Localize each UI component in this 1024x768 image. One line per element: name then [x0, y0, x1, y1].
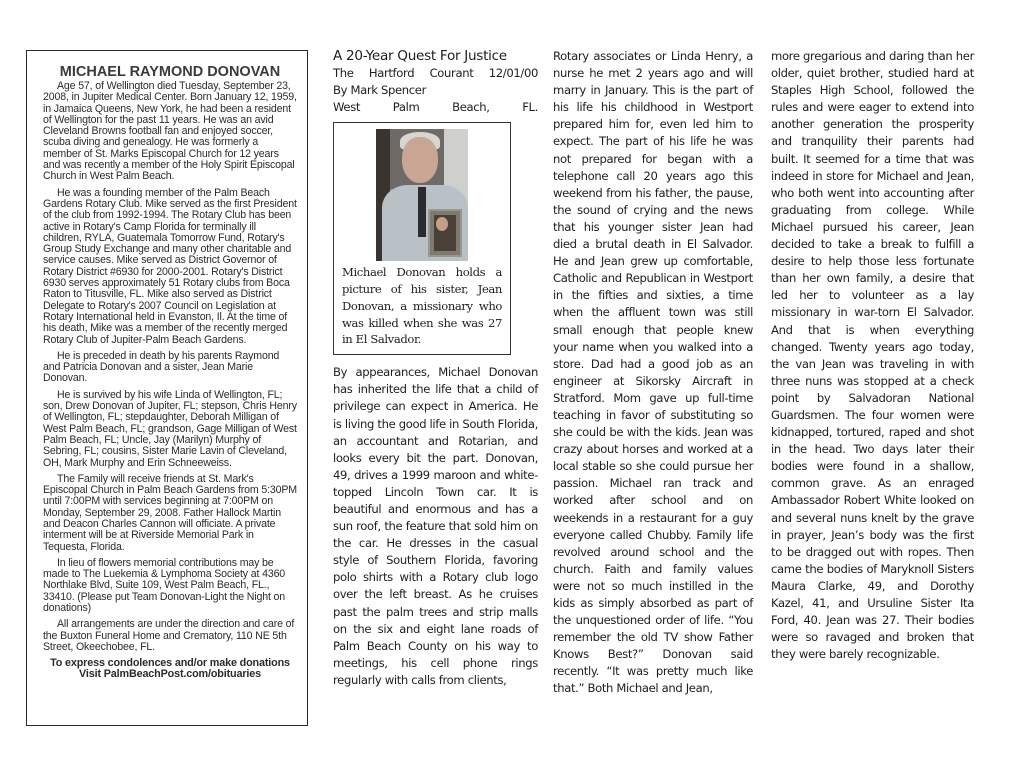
obituary-paragraph: Age 57, of Wellington died Tuesday, Sept… [43, 81, 297, 183]
obituary-paragraph: He was a founding member of the Palm Bea… [43, 188, 297, 346]
obituary-clipping: MICHAEL RAYMOND DONOVAN Age 57, of Welli… [26, 50, 308, 726]
article-headline: A 20-Year Quest For Justice [333, 48, 538, 65]
obituary-paragraph: He is survived by his wife Linda of Well… [43, 390, 297, 469]
article-column-2: Rotary associates or Linda Henry, a nurs… [553, 48, 753, 698]
obituary-paragraph: The Family will receive friends at St. M… [43, 474, 297, 553]
article-body-text: Rotary associates or Linda Henry, a nurs… [553, 48, 753, 698]
article-body-text: more gregarious and daring than her olde… [771, 48, 974, 663]
article-body-text: By appearances, Michael Donovan has inhe… [333, 364, 538, 689]
article-column-3: more gregarious and daring than her olde… [771, 48, 974, 663]
obituary-paragraph: All arrangements are under the direction… [43, 619, 297, 653]
obituary-name: MICHAEL RAYMOND DONOVAN [43, 65, 297, 80]
obituary-paragraph: In lieu of flowers memorial contribution… [43, 558, 297, 614]
photo-caption: Michael Donovan holds a picture of his s… [342, 264, 502, 348]
photo-michael-donovan [376, 129, 468, 261]
obituary-paragraph: He is preceded in death by his parents R… [43, 351, 297, 385]
obituary-footer-line2: Visit PalmBeachPost.com/obituaries [79, 668, 261, 680]
article-dateline: West Palm Beach, FL. [333, 99, 538, 116]
article-column-1: A 20-Year Quest For Justice The Hartford… [333, 48, 538, 689]
photo-figure: Michael Donovan holds a picture of his s… [333, 122, 511, 355]
article-byline: By Mark Spencer [333, 82, 538, 99]
framed-photo [428, 209, 462, 257]
article-source: The Hartford Courant 12/01/00 [333, 65, 538, 82]
obituary-footer: To express condolences and/or make donat… [43, 658, 297, 680]
